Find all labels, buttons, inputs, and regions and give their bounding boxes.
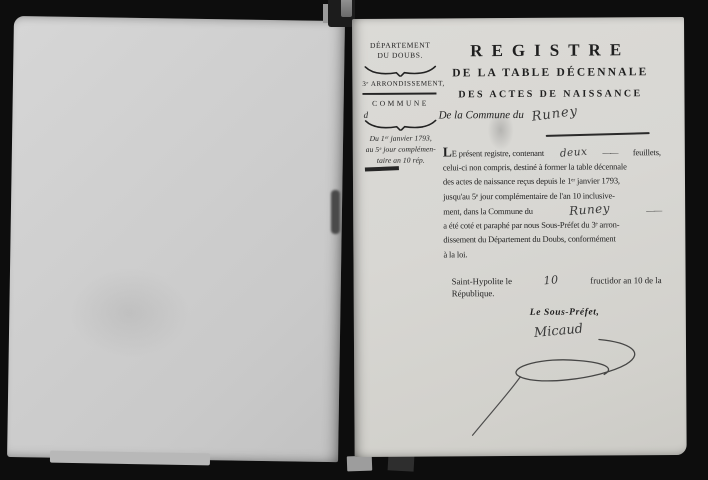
commune-label: COMMUNE	[362, 98, 438, 107]
place-prefix: Saint-Hypolite le	[452, 276, 512, 286]
title-line-2: DE LA TABLE DÉCENNALE	[438, 66, 662, 79]
brace-ornament-icon	[363, 63, 437, 76]
signature-flourish	[454, 312, 675, 463]
commune-name-handwritten-body: Runey	[569, 201, 611, 219]
feuillets-count-handwritten: deux	[559, 145, 588, 162]
date-suffix: fructidor an 10 de la	[590, 275, 661, 285]
sidebar-thick-rule	[365, 166, 399, 171]
body-line-2: celui-ci non compris, destiné à former l…	[443, 159, 661, 175]
sidebar-divider-rule	[362, 92, 436, 94]
book-scan: DÉPARTEMENT DU DOUBS. 3ᵉ ARRONDISSEMENT,…	[0, 0, 708, 480]
title-line-3: DES ACTES DE NAISSANCE	[442, 88, 658, 100]
department-label: DÉPARTEMENT	[362, 40, 438, 49]
republique-line: République.	[444, 288, 495, 298]
binding-tape-light	[341, 0, 352, 17]
body-line-6: a été coté et paraphé par nous Sous-Préf…	[443, 217, 661, 233]
date-line: Saint-Hypolite le 10 fructidor an 10 de …	[444, 273, 662, 287]
paper-smudge	[69, 267, 190, 359]
department-name: DU DOUBS.	[362, 50, 438, 59]
body-line-1: LE présent registre, contenant deux —— f…	[443, 144, 661, 160]
body-line-8: à la loi.	[443, 246, 661, 262]
body-line-1-end: feuillets,	[633, 145, 661, 160]
period-line-2: au 5ᵉ jour complémen-	[363, 144, 439, 153]
bottom-shadow-piece	[388, 454, 415, 471]
right-printed-page: DÉPARTEMENT DU DOUBS. 3ᵉ ARRONDISSEMENT,…	[352, 17, 687, 457]
bottom-page-tab	[347, 456, 373, 472]
body-line-4: jusqu'au 5ᵉ jour complémentaire de l'an …	[443, 188, 661, 204]
commune-title-line: De la Commune duRuney	[439, 107, 579, 123]
pen-dash: ——	[602, 145, 617, 160]
body-paragraph: LE présent registre, contenant deux —— f…	[443, 144, 662, 261]
gutter-ink-mark	[331, 190, 340, 234]
body-line-7: dissement du Département du Doubs, confo…	[443, 231, 661, 247]
register-title: REGISTRE	[442, 40, 658, 61]
body-line-3: des actes de naissance reçus depuis le 1…	[443, 173, 661, 189]
left-blank-page	[7, 16, 345, 462]
period-line-3: taire an 10 rép.	[363, 155, 439, 164]
commune-underline	[546, 132, 650, 137]
commune-prefix: De la Commune du	[439, 109, 524, 122]
arrondissement-label: 3ᵉ ARRONDISSEMENT,	[362, 79, 438, 87]
body-line-1-start: LE présent registre, contenant	[443, 145, 544, 161]
pen-dash: ——	[646, 203, 661, 218]
body-line-5-start: ment, dans la Commune du	[443, 204, 533, 219]
period-line-1: Du 1ᵉʳ janvier 1793,	[363, 133, 439, 142]
commune-name-handwritten: Runey	[531, 104, 579, 125]
day-handwritten: 10	[543, 273, 559, 287]
dropcap: L	[443, 144, 452, 159]
brace-ornament-icon	[364, 117, 438, 130]
page-edge-underneath	[50, 451, 210, 466]
body-line-5: ment, dans la Commune du Runey ——	[443, 202, 661, 218]
